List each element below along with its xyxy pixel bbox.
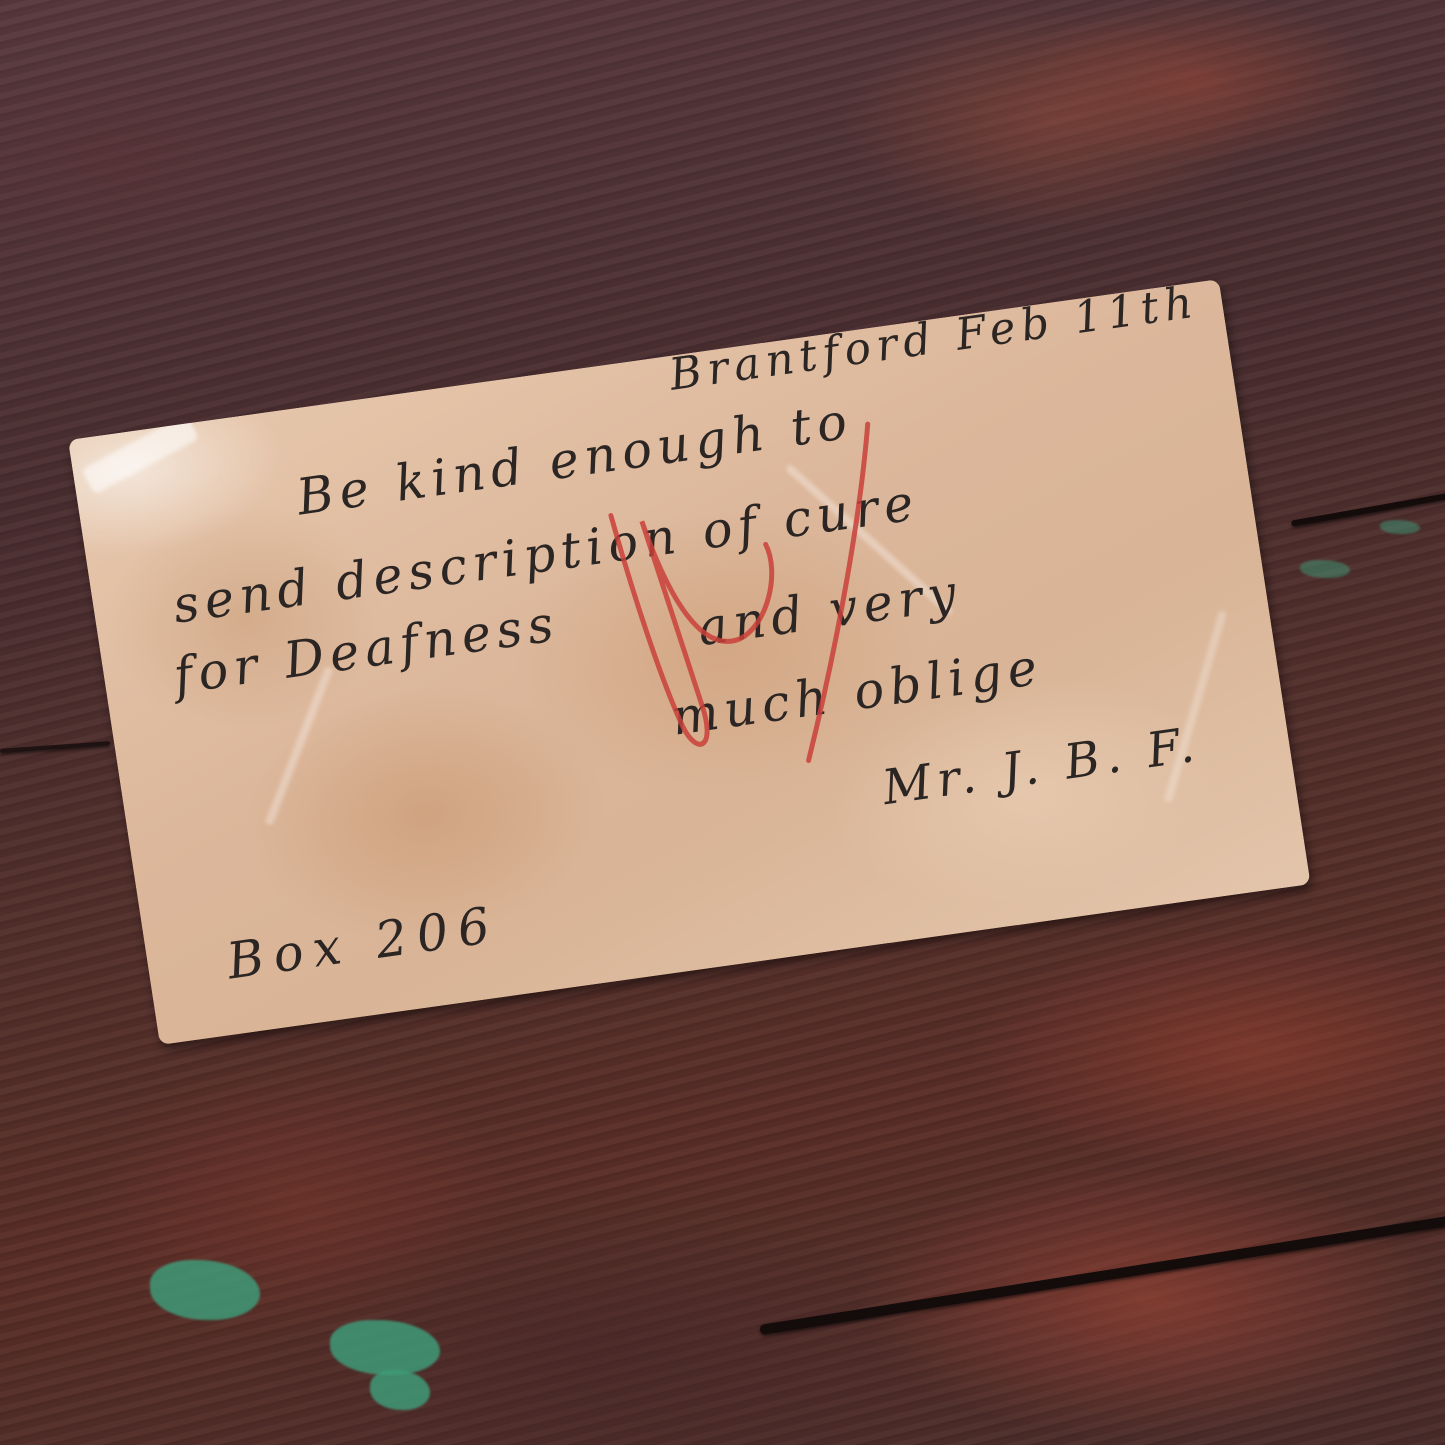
signature: Mr. J. B. F. <box>879 717 1204 817</box>
green-paint-fleck <box>1380 520 1420 534</box>
letter-line-4: and very <box>694 563 966 657</box>
box-number: Box 206 <box>223 895 503 990</box>
green-paint-fleck <box>1300 560 1350 578</box>
